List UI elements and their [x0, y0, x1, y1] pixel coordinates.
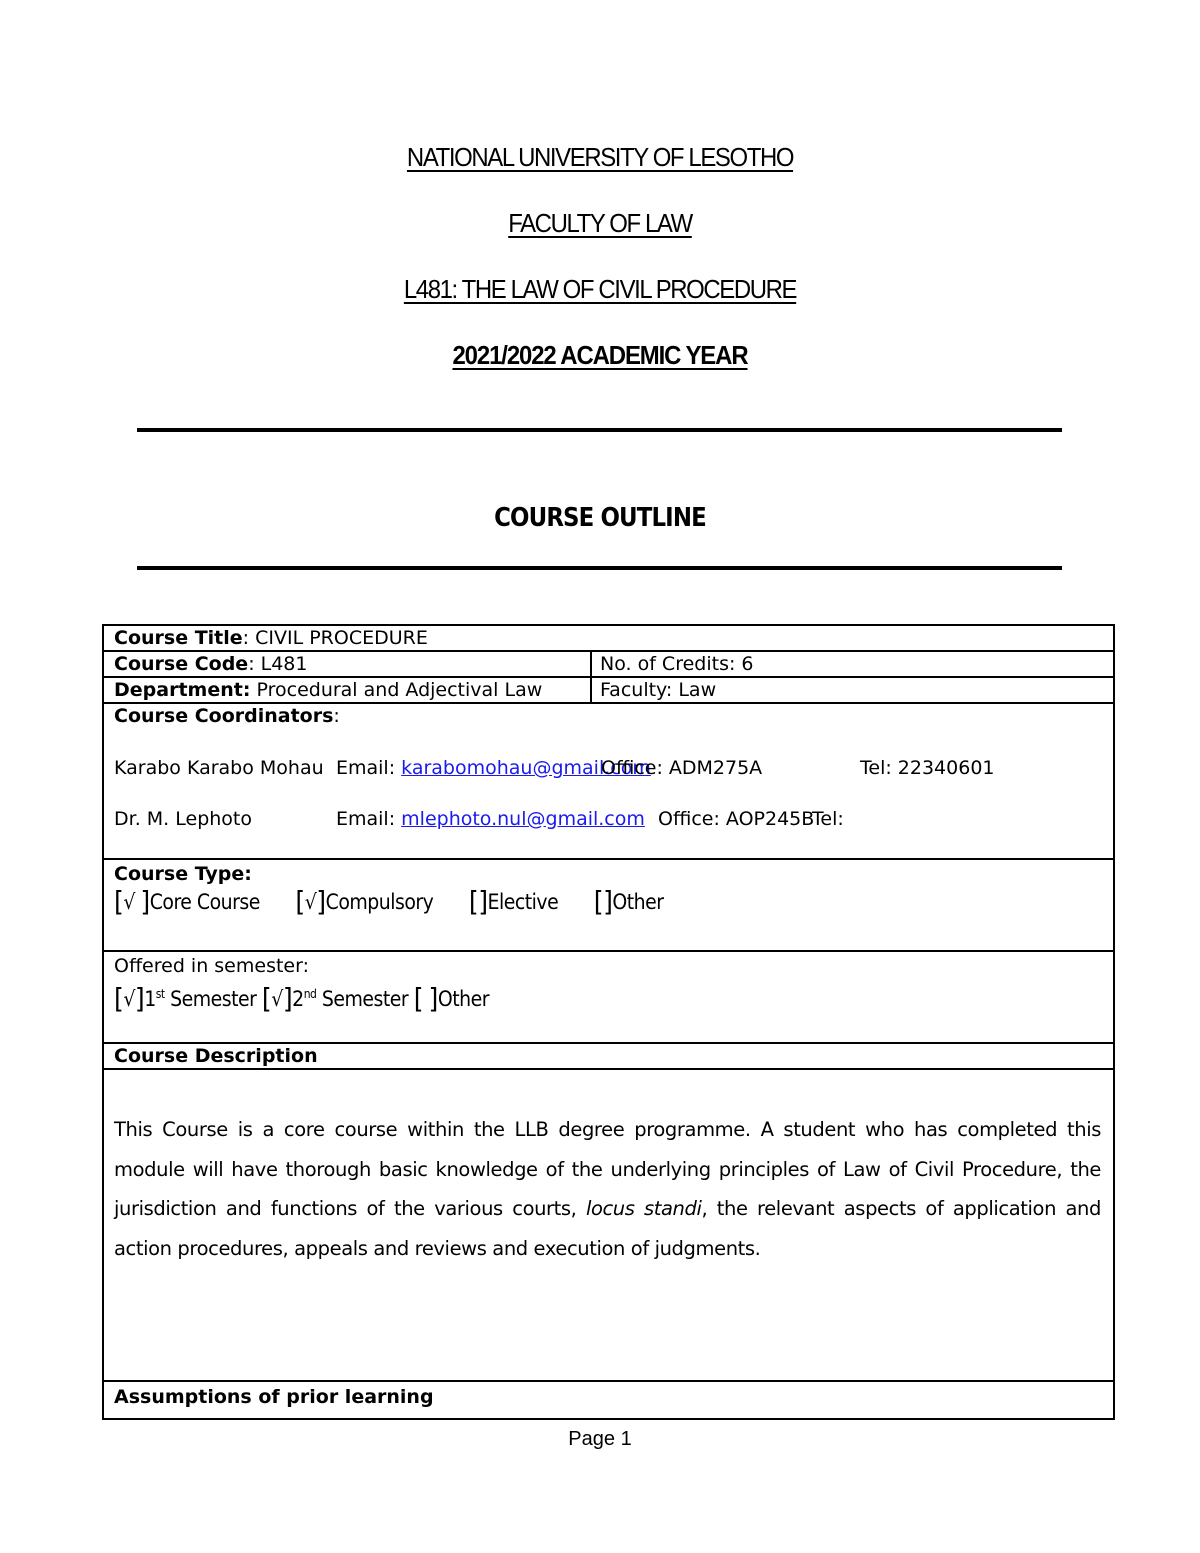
course-outline-title: COURSE OUTLINE [72, 503, 1128, 533]
checkmark-icon: √ [123, 890, 140, 914]
coordinator-office: Office: AOP245B [658, 807, 814, 831]
option-compulsory[interactable]: [√]Compulsory [295, 890, 433, 914]
university-heading: NATIONAL UNIVERSITY OF LESOTHO [48, 142, 1152, 173]
row-course-title: Course Title: CIVIL PROCEDURE [103, 625, 1114, 651]
coordinator-name: Dr. M. Lephoto [114, 807, 252, 831]
option-other[interactable]: []Other [594, 890, 664, 914]
course-type-label: Course Type: [114, 862, 1113, 886]
checkmark-icon: √ [123, 987, 135, 1011]
option-label: Semester [165, 987, 257, 1011]
option-label: Compulsory [326, 890, 434, 914]
option-semester-1[interactable]: [√]1st Semester [114, 987, 256, 1011]
divider-top [137, 428, 1062, 432]
description-header-cell: Course Description [103, 1043, 1114, 1069]
page-number: Page 1 [0, 1428, 1200, 1451]
assumptions-cell: Assumptions of prior learning [103, 1381, 1114, 1419]
faculty-heading: FACULTY OF LAW [48, 208, 1152, 239]
row-course-type: Course Type: [√ ]Core Course [√]Compulso… [103, 859, 1114, 951]
email-label: Email: [336, 757, 401, 779]
row-semester: Offered in semester: [√]1st Semester [√]… [103, 951, 1114, 1043]
row-description-header: Course Description [103, 1043, 1114, 1069]
option-core-course[interactable]: [√ ]Core Course [114, 890, 260, 914]
course-title-label: Course Title [114, 627, 243, 649]
option-label: Other [438, 987, 489, 1011]
semester-number: 2 [292, 987, 304, 1011]
coordinators-label: Course Coordinators [114, 705, 333, 727]
course-code-label: Course Code [114, 653, 248, 675]
course-code-cell: Course Code: L481 [103, 651, 591, 677]
semester-number: 1 [144, 987, 156, 1011]
course-heading: L481: THE LAW OF CIVIL PROCEDURE [48, 274, 1152, 305]
checkbox-bracket-open: [ [262, 982, 271, 1015]
checkbox-bracket-open: [ [114, 982, 123, 1015]
semester-options: [√]1st Semester [√]2nd Semester [ ]Other [114, 982, 1113, 1011]
coordinator-office: Office: ADM275A [601, 756, 762, 780]
coordinator-tel: Tel: 22340601 [860, 756, 995, 780]
checkbox-bracket-close: ] [478, 885, 487, 918]
row-coordinators: Course Coordinators: Karabo Karabo Mohau… [103, 703, 1114, 859]
row-assumptions: Assumptions of prior learning [103, 1381, 1114, 1419]
faculty-cell: Faculty: Law [591, 677, 1114, 703]
coordinator-name: Karabo Karabo Mohau [114, 756, 324, 780]
checkbox-bracket-close: ] [603, 885, 612, 918]
checkmark-icon: √ [305, 890, 317, 914]
course-title-value: : CIVIL PROCEDURE [243, 627, 428, 649]
course-description-label: Course Description [114, 1045, 318, 1067]
option-label: Elective [488, 890, 559, 914]
row-description: This Course is a core course within the … [103, 1069, 1114, 1381]
academic-year-heading: 2021/2022 ACADEMIC YEAR [48, 340, 1152, 371]
description-italic-term: locus standi [586, 1197, 702, 1220]
coordinator-email-link[interactable]: mlephoto.nul@gmail.com [401, 808, 645, 830]
option-label: Other [612, 890, 663, 914]
credits-cell: No. of Credits: 6 [591, 651, 1114, 677]
divider-bottom [137, 566, 1062, 570]
coordinator-tel: Tel: [812, 807, 844, 831]
assumptions-label: Assumptions of prior learning [114, 1386, 434, 1408]
course-code-value: : L481 [248, 653, 307, 675]
department-value: Procedural and Adjectival Law [250, 679, 542, 701]
option-elective[interactable]: []Elective [469, 890, 558, 914]
coordinator-row: Karabo Karabo Mohau Email: karabomohau@g… [114, 756, 1113, 780]
option-label: Semester [316, 987, 408, 1011]
faculty-text: Faculty: Law [600, 679, 716, 701]
email-label: Email: [336, 808, 401, 830]
checkbox-bracket-close: ] [429, 982, 438, 1015]
checkbox-bracket-open: [ [469, 885, 478, 918]
course-title-cell: Course Title: CIVIL PROCEDURE [103, 625, 1114, 651]
row-course-code: Course Code: L481 No. of Credits: 6 [103, 651, 1114, 677]
department-cell: Department: Procedural and Adjectival La… [103, 677, 591, 703]
department-label: Department: [114, 679, 250, 701]
row-department: Department: Procedural and Adjectival La… [103, 677, 1114, 703]
option-semester-2[interactable]: [√]2nd Semester [262, 987, 408, 1011]
checkmark-icon: √ [271, 987, 283, 1011]
course-description-text: This Course is a core course within the … [114, 1110, 1101, 1268]
checkbox-bracket-close: ] [135, 982, 144, 1015]
semester-cell: Offered in semester: [√]1st Semester [√]… [103, 951, 1114, 1043]
checkbox-bracket-close: ] [140, 885, 149, 918]
coordinators-colon: : [333, 705, 339, 727]
description-cell: This Course is a core course within the … [103, 1069, 1114, 1381]
course-info-table: Course Title: CIVIL PROCEDURE Course Cod… [102, 624, 1115, 1420]
checkbox-bracket-close: ] [283, 982, 292, 1015]
semester-label: Offered in semester: [114, 954, 1113, 978]
credits-text: No. of Credits: 6 [600, 653, 754, 675]
coordinators-cell: Course Coordinators: Karabo Karabo Mohau… [103, 703, 1114, 859]
course-type-cell: Course Type: [√ ]Core Course [√]Compulso… [103, 859, 1114, 951]
checkbox-bracket-open: [ [295, 885, 304, 918]
coordinator-email-group: Email: mlephoto.nul@gmail.com [336, 807, 645, 831]
checkbox-bracket-open: [ [414, 982, 423, 1015]
checkbox-bracket-close: ] [316, 885, 325, 918]
option-semester-other[interactable]: [ ]Other [414, 987, 489, 1011]
checkbox-bracket-open: [ [114, 885, 123, 918]
checkbox-bracket-open: [ [594, 885, 603, 918]
course-type-options: [√ ]Core Course [√]Compulsory []Elective… [114, 890, 1113, 914]
coordinator-row: Dr. M. Lephoto Email: mlephoto.nul@gmail… [114, 807, 1113, 831]
ordinal-suffix: st [156, 987, 165, 1001]
option-label: Core Course [150, 890, 260, 914]
ordinal-suffix: nd [304, 987, 317, 1001]
